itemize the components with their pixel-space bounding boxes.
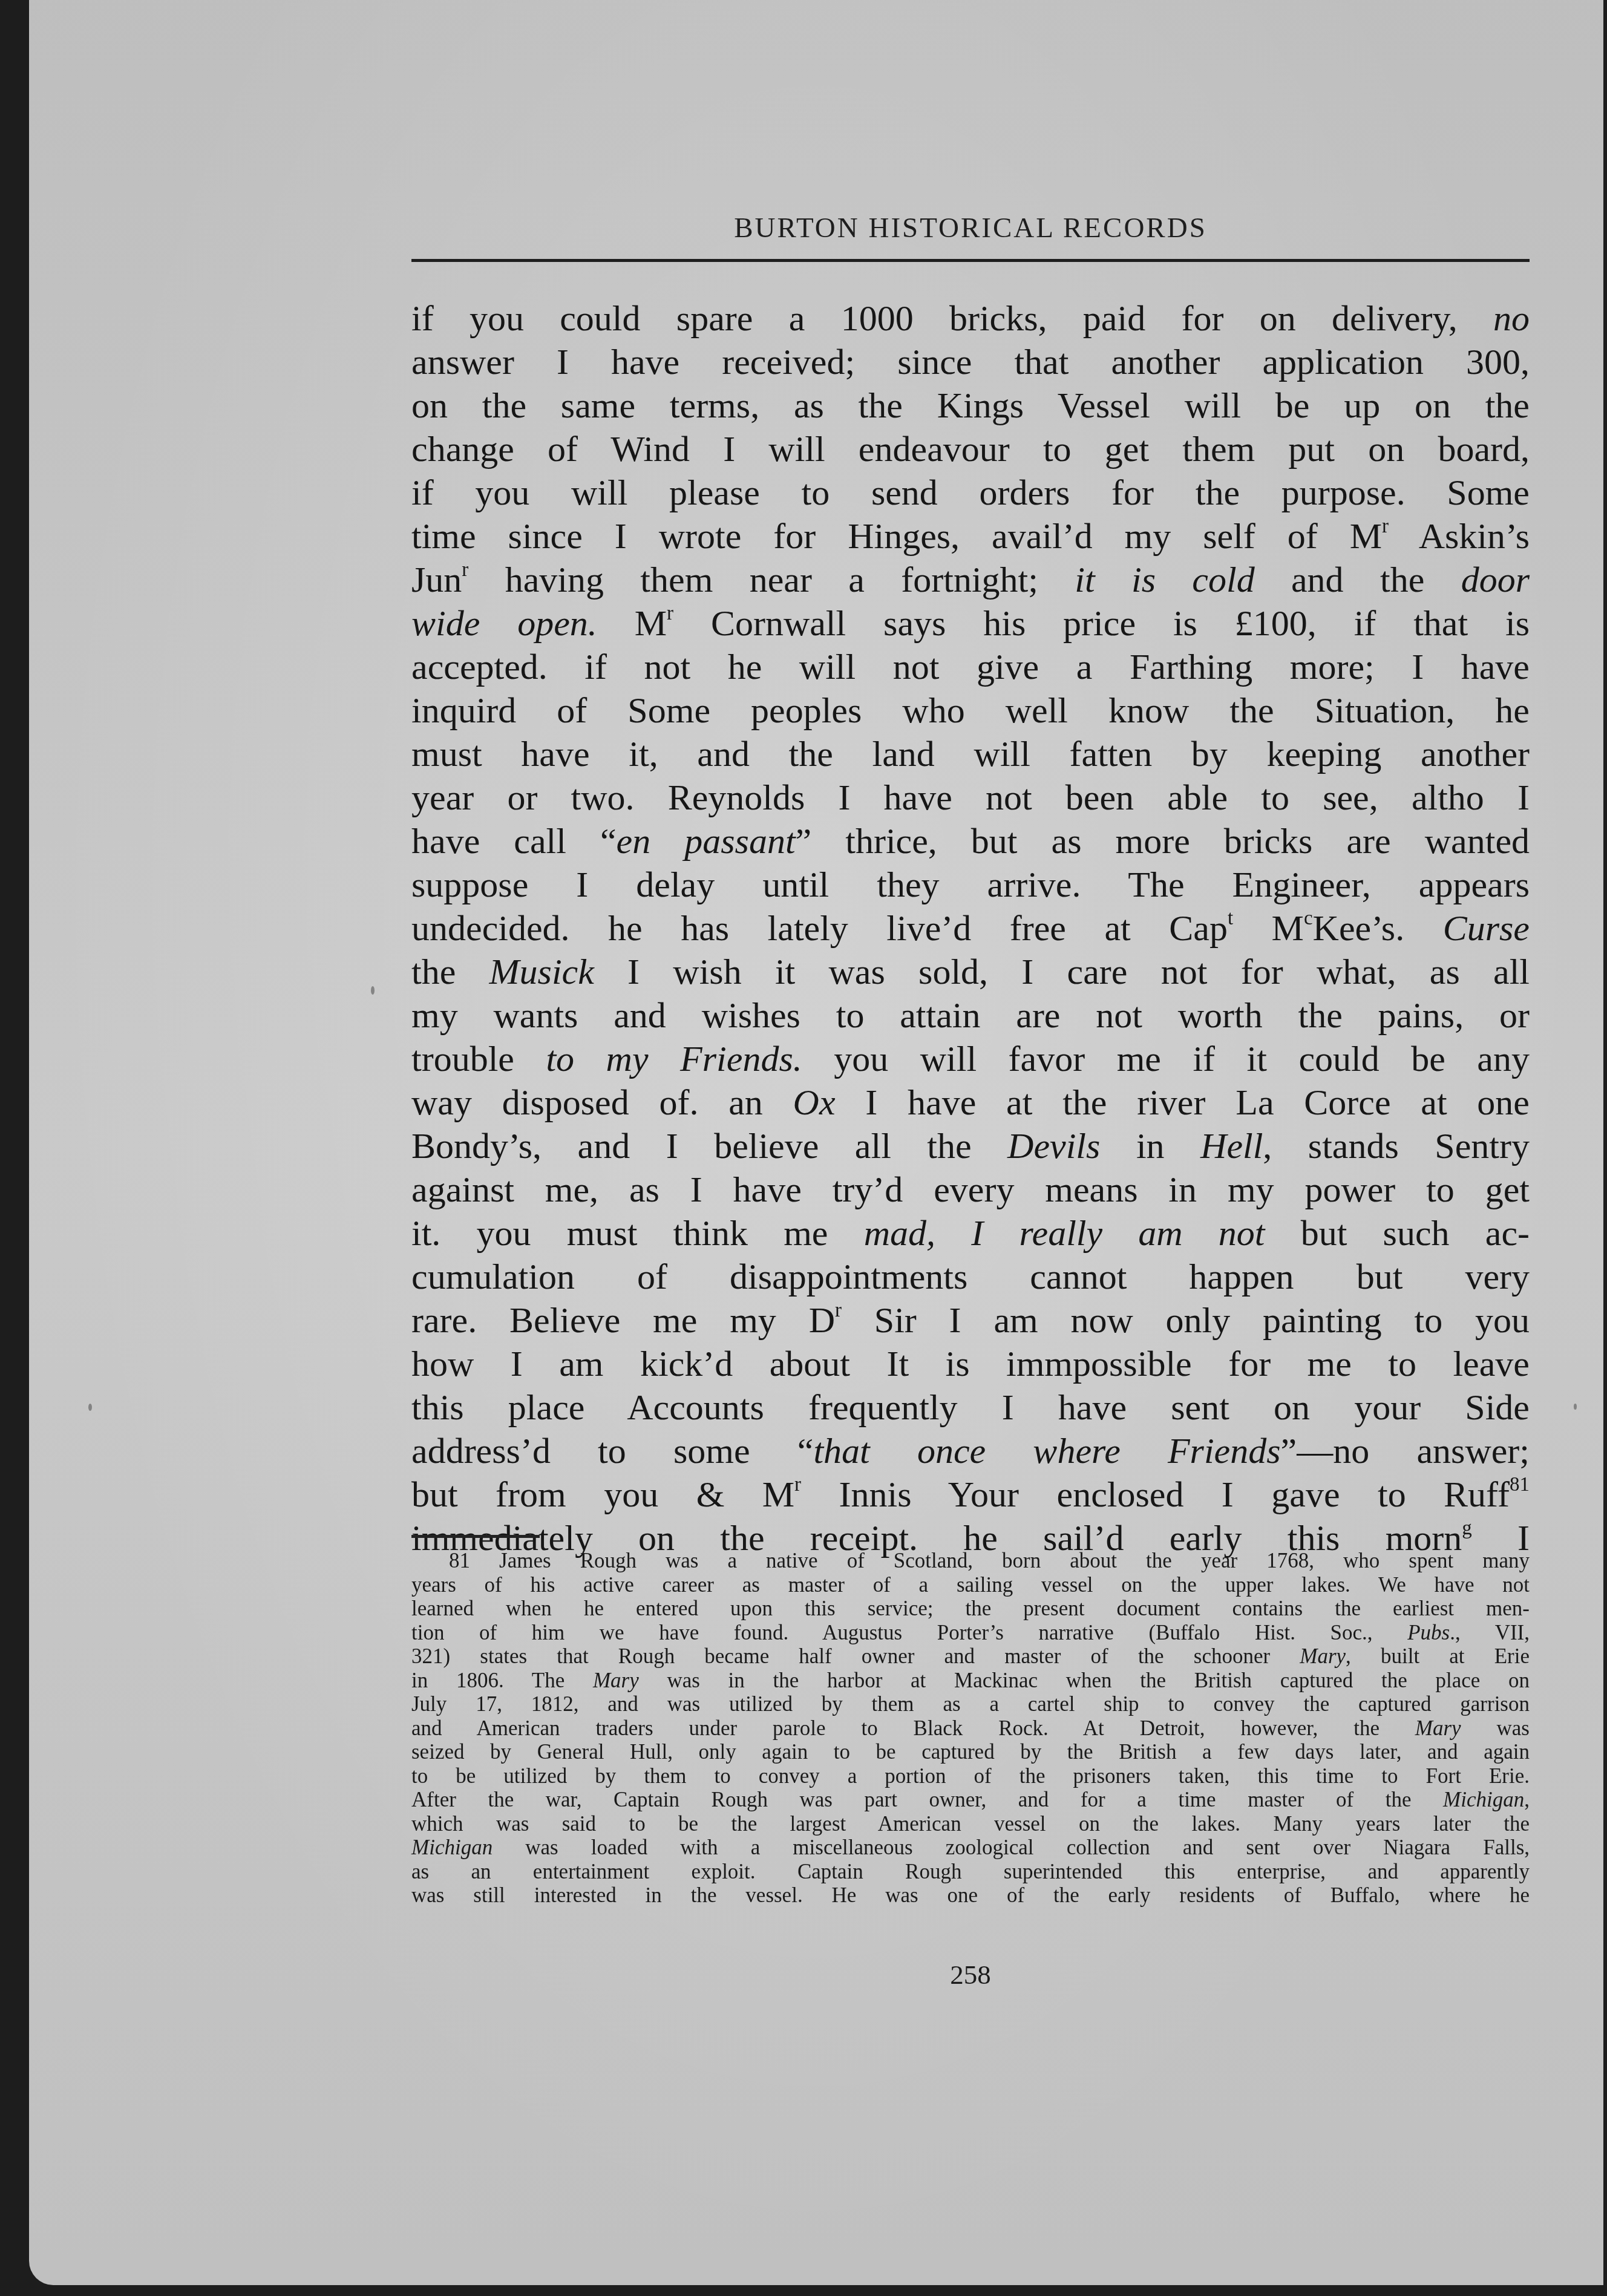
text-run: Sir I am now only painting to you (842, 1300, 1530, 1340)
text-run: , built at Erie (1346, 1644, 1530, 1668)
text-run: how I am kick’d about It is immpossible … (411, 1344, 1530, 1384)
italic-text: Pubs (1407, 1621, 1450, 1644)
header-rule (411, 259, 1530, 262)
italic-text: door (1461, 560, 1530, 600)
italic-text: that once where Friends (813, 1431, 1280, 1471)
text-run: M (1233, 908, 1304, 948)
text-run: against me, as I have try’d every means … (411, 1169, 1530, 1209)
superscript: c (1304, 908, 1313, 929)
body-line: year or two. Reynolds I have not been ab… (411, 776, 1530, 819)
body-line: address’d to some “that once where Frien… (411, 1429, 1530, 1473)
text-run: way disposed of. an (411, 1082, 793, 1122)
text-run: was (1461, 1716, 1530, 1740)
text-run: cumulation of disappointments cannot hap… (411, 1257, 1530, 1297)
body-line: cumulation of disappointments cannot hap… (411, 1255, 1530, 1298)
italic-text: Mary (593, 1669, 639, 1692)
body-line: Bondy’s, and I believe all the Devils in… (411, 1124, 1530, 1168)
running-head: BURTON HISTORICAL RECORDS (411, 212, 1530, 244)
body-line: trouble to my Friends. you will favor me… (411, 1037, 1530, 1081)
text-run: the (411, 952, 489, 992)
text-run: Cornwall says his price is £100, if that… (673, 603, 1530, 643)
body-line: if you will please to send orders for th… (411, 471, 1530, 514)
body-line: change of Wind I will endeavour to get t… (411, 427, 1530, 471)
superscript: t (1228, 908, 1233, 929)
superscript: r (835, 1300, 842, 1321)
text-run: my wants and wishes to attain are not wo… (411, 995, 1530, 1035)
page-number: 258 (411, 1959, 1530, 1990)
footnote-line: Michigan was loaded with a miscellaneous… (411, 1836, 1530, 1860)
text-run: Askin’s (1389, 516, 1530, 556)
italic-text: Musick (489, 952, 594, 992)
text-run: years of his active career as master of … (411, 1573, 1530, 1597)
text-run: change of Wind I will endeavour to get t… (411, 429, 1530, 469)
text-run: this place Accounts frequently I have se… (411, 1387, 1530, 1427)
text-run: ”—no answer; (1281, 1431, 1530, 1471)
text-run: tion of him we have found. Augustus Port… (411, 1621, 1407, 1644)
text-run: must have it, and the land will fatten b… (411, 734, 1530, 774)
superscript: r (667, 603, 673, 624)
body-line: Junr having them near a fortnight; it is… (411, 558, 1530, 601)
footnote-line: was still interested in the vessel. He w… (411, 1883, 1530, 1908)
superscript: r (1382, 515, 1389, 537)
footnote-line: 321) states that Rough became half owner… (411, 1644, 1530, 1669)
text-run: 321) states that Rough became half owner… (411, 1644, 1300, 1668)
text-run: in (1100, 1126, 1200, 1166)
body-line: accepted. if not he will not give a Fart… (411, 645, 1530, 688)
scanned-page: BURTON HISTORICAL RECORDS if you could s… (29, 0, 1603, 2285)
scan-speck (88, 1404, 92, 1411)
text-run: Bondy’s, and I believe all the (411, 1126, 1007, 1166)
text-run: 81 James Rough was a native of Scotland,… (449, 1549, 1530, 1572)
text-run: undecided. he has lately live’d free at … (411, 908, 1228, 948)
italic-text: it is cold (1075, 560, 1254, 600)
italic-text: Michigan (411, 1836, 493, 1859)
text-run: After the war, Captain Rough was part ow… (411, 1788, 1443, 1811)
text-run: was loaded with a miscellaneous zoologic… (493, 1836, 1530, 1859)
text-run: I have at the river La Corce at one (836, 1082, 1530, 1122)
italic-text: Hell (1200, 1126, 1263, 1166)
italic-text: to my Friends. (546, 1039, 802, 1079)
body-line: if you could spare a 1000 bricks, paid f… (411, 296, 1530, 340)
body-line: my wants and wishes to attain are not wo… (411, 993, 1530, 1037)
text-run: accepted. if not he will not give a Fart… (411, 647, 1530, 687)
text-run: July 17, 1812, and was utilized by them … (411, 1692, 1530, 1716)
footnote-line: July 17, 1812, and was utilized by them … (411, 1692, 1530, 1716)
text-run: if you will please to send orders for th… (411, 473, 1530, 512)
text-run: to be utilized by them to convey a porti… (411, 1764, 1530, 1788)
footnote-81: 81 James Rough was a native of Scotland,… (411, 1549, 1530, 1908)
italic-text: no (1493, 298, 1530, 338)
body-line: but from you & Mr Innis Your enclosed I … (411, 1473, 1530, 1516)
text-run: answer I have received; since that anoth… (411, 342, 1530, 382)
footnote-line: and American traders under parole to Bla… (411, 1716, 1530, 1741)
text-run: as an entertainment exploit. Captain Rou… (411, 1860, 1530, 1883)
superscript: r (794, 1474, 801, 1496)
text-run: ., VII, (1450, 1621, 1530, 1644)
body-line: rare. Believe me my Dr Sir I am now only… (411, 1298, 1530, 1342)
text-run: have call “ (411, 821, 617, 861)
scan-speck (371, 986, 375, 995)
italic-text: mad, I really am not (864, 1213, 1265, 1253)
footnote-line: tion of him we have found. Augustus Port… (411, 1621, 1530, 1645)
text-run: but such ac- (1265, 1213, 1530, 1253)
scan-speck (1574, 1404, 1577, 1410)
italic-text: Ox (793, 1082, 836, 1122)
text-run: if you could spare a 1000 bricks, paid f… (411, 298, 1493, 338)
body-line: against me, as I have try’d every means … (411, 1168, 1530, 1211)
body-line: this place Accounts frequently I have se… (411, 1385, 1530, 1429)
letter-body: if you could spare a 1000 bricks, paid f… (411, 296, 1530, 1560)
body-line: how I am kick’d about It is immpossible … (411, 1342, 1530, 1385)
footnote-line: seized by General Hull, only again to be… (411, 1740, 1530, 1764)
body-line: way disposed of. an Ox I have at the riv… (411, 1081, 1530, 1124)
body-line: wide open. Mr Cornwall says his price is… (411, 601, 1530, 645)
body-line: answer I have received; since that anoth… (411, 340, 1530, 384)
superscript: r (462, 559, 468, 581)
body-line: undecided. he has lately live’d free at … (411, 906, 1530, 950)
text-run: in 1806. The (411, 1669, 593, 1692)
text-run: inquird of Some peoples who well know th… (411, 690, 1530, 730)
footnote-line: as an entertainment exploit. Captain Rou… (411, 1860, 1530, 1884)
text-run: learned when he entered upon this servic… (411, 1597, 1530, 1620)
text-run: time since I wrote for Hinges, avail’d m… (411, 516, 1382, 556)
text-run: , stands Sentry (1263, 1126, 1530, 1166)
text-run: and the (1255, 560, 1461, 600)
footnote-line: years of his active career as master of … (411, 1573, 1530, 1597)
text-run: suppose I delay until they arrive. The E… (411, 865, 1530, 904)
italic-text: Devils (1007, 1126, 1100, 1166)
italic-text: wide open. (411, 603, 597, 643)
text-run: you will favor me if it could be any (802, 1039, 1530, 1079)
text-run: on the same terms, as the Kings Vessel w… (411, 385, 1530, 425)
body-line: must have it, and the land will fatten b… (411, 732, 1530, 776)
footnote-line: After the war, Captain Rough was part ow… (411, 1788, 1530, 1812)
text-run: , (1524, 1788, 1530, 1811)
text-run: was in the harbor at Mackinac when the B… (639, 1669, 1530, 1692)
text-run: year or two. Reynolds I have not been ab… (411, 777, 1530, 817)
text-run: it. you must think me (411, 1213, 864, 1253)
text-run: having them near a fortnight; (468, 560, 1075, 600)
italic-text: Mary (1415, 1716, 1461, 1740)
text-run: Innis Your enclosed I gave to Ruff (801, 1474, 1510, 1514)
text-run: Kee’s. (1313, 908, 1443, 948)
text-run: M (597, 603, 667, 643)
italic-text: Michigan (1443, 1788, 1524, 1811)
text-run: ” thrice, but as more bricks are wanted (796, 821, 1530, 861)
body-line: inquird of Some peoples who well know th… (411, 688, 1530, 732)
body-line: suppose I delay until they arrive. The E… (411, 863, 1530, 906)
italic-text: en passant (617, 821, 796, 861)
text-run: which was said to be the largest America… (411, 1812, 1530, 1836)
text-run: address’d to some “ (411, 1431, 813, 1471)
body-line: the Musick I wish it was sold, I care no… (411, 950, 1530, 993)
body-line: it. you must think me mad, I really am n… (411, 1211, 1530, 1255)
superscript: g (1462, 1517, 1472, 1539)
footnote-rule (411, 1535, 540, 1538)
footnote-line: 81 James Rough was a native of Scotland,… (411, 1549, 1530, 1573)
text-run: trouble (411, 1039, 546, 1079)
superscript: 81 (1510, 1474, 1530, 1496)
footnote-line: in 1806. The Mary was in the harbor at M… (411, 1669, 1530, 1693)
italic-text: Mary (1300, 1644, 1346, 1668)
footnote-line: to be utilized by them to convey a porti… (411, 1764, 1530, 1788)
text-run: Jun (411, 560, 462, 600)
body-line: have call “en passant” thrice, but as mo… (411, 819, 1530, 863)
footnote-line: learned when he entered upon this servic… (411, 1597, 1530, 1621)
text-run: and American traders under parole to Bla… (411, 1716, 1415, 1740)
body-line: on the same terms, as the Kings Vessel w… (411, 384, 1530, 427)
text-run: rare. Believe me my D (411, 1300, 835, 1340)
text-run: was still interested in the vessel. He w… (411, 1883, 1530, 1907)
text-run: but from you & M (411, 1474, 794, 1514)
body-line: time since I wrote for Hinges, avail’d m… (411, 514, 1530, 558)
footnote-line: which was said to be the largest America… (411, 1812, 1530, 1836)
italic-text: Curse (1443, 908, 1530, 948)
text-run: I wish it was sold, I care not for what,… (594, 952, 1530, 992)
text-run: seized by General Hull, only again to be… (411, 1740, 1530, 1764)
